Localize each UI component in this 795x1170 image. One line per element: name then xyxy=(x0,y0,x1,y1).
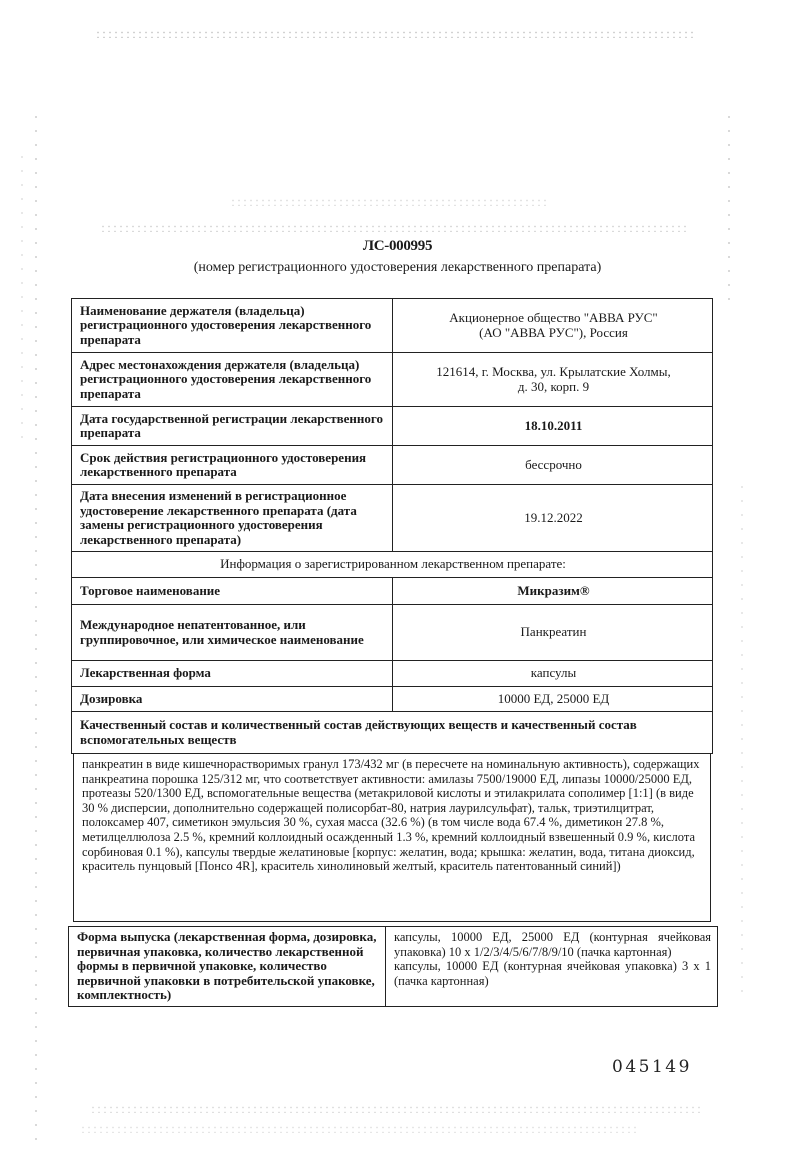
release-form-label: Форма выпуска (лекарственная форма, дози… xyxy=(69,927,386,1007)
scan-noise-header-1 xyxy=(230,198,550,206)
table-row-trade-name: Торговое наименование Микразим® xyxy=(72,578,713,605)
scan-noise-top xyxy=(95,30,695,38)
holder-address-line-2: д. 30, корп. 9 xyxy=(401,380,706,395)
holder-name-line-1: Акционерное общество "АВВА РУС" xyxy=(401,311,706,326)
release-form-value: капсулы, 10000 ЕД, 25000 ЕД (контурная я… xyxy=(386,927,718,1007)
drug-info-header: Информация о зарегистрированном лекарств… xyxy=(72,552,713,578)
registration-date-value: 18.10.2011 xyxy=(393,407,713,446)
composition-header: Качественный состав и количественный сос… xyxy=(72,712,713,754)
scan-noise-right-margin-2 xyxy=(740,480,744,1000)
trade-name-value: Микразим® xyxy=(393,578,713,605)
scan-noise-left-margin-2 xyxy=(20,150,24,450)
dosage-form-value: капсулы xyxy=(393,661,713,687)
change-date-label: Дата внесения изменений в регистрационно… xyxy=(72,485,393,552)
table-row-dosage: Дозировка 10000 ЕД, 25000 ЕД xyxy=(72,687,713,712)
release-form-entry-1: капсулы, 10000 ЕД, 25000 ЕД (контурная я… xyxy=(394,930,711,959)
table-row-info-header: Информация о зарегистрированном лекарств… xyxy=(72,552,713,578)
table-row-release-form: Форма выпуска (лекарственная форма, дози… xyxy=(69,927,718,1007)
dosage-label: Дозировка xyxy=(72,687,393,712)
holder-name-label: Наименование держателя (владельца) регис… xyxy=(72,299,393,353)
table-row-change-date: Дата внесения изменений в регистрационно… xyxy=(72,485,713,552)
table-row-holder-name: Наименование держателя (владельца) регис… xyxy=(72,299,713,353)
inn-value: Панкреатин xyxy=(393,605,713,661)
holder-name-value: Акционерное общество "АВВА РУС" (АО "АВВ… xyxy=(393,299,713,353)
table-row-registration-date: Дата государственной регистрации лекарст… xyxy=(72,407,713,446)
table-row-dosage-form: Лекарственная форма капсулы xyxy=(72,661,713,687)
release-form-entry-2: капсулы, 10000 ЕД (контурная ячейковая у… xyxy=(394,959,711,988)
release-form-table: Форма выпуска (лекарственная форма, дози… xyxy=(68,926,718,1007)
validity-value: бессрочно xyxy=(393,446,713,485)
table-row-holder-address: Адрес местонахождения держателя (владель… xyxy=(72,353,713,407)
scan-noise-bottom xyxy=(90,1105,700,1113)
holder-name-line-2: (АО "АВВА РУС"), Россия xyxy=(401,326,706,341)
registration-date-label: Дата государственной регистрации лекарст… xyxy=(72,407,393,446)
registration-number: ЛС-000995 xyxy=(0,238,795,255)
scan-noise-right-margin xyxy=(727,110,731,310)
inn-label: Международное непатентованное, или групп… xyxy=(72,605,393,661)
holder-address-line-1: 121614, г. Москва, ул. Крылатские Холмы, xyxy=(401,365,706,380)
dosage-form-label: Лекарственная форма xyxy=(72,661,393,687)
change-date-value: 19.12.2022 xyxy=(393,485,713,552)
composition-text: панкреатин в виде кишечнорастворимых гра… xyxy=(73,753,711,922)
serial-number: 045149 xyxy=(612,1057,692,1077)
table-row-validity: Срок действия регистрационного удостовер… xyxy=(72,446,713,485)
dosage-value: 10000 ЕД, 25000 ЕД xyxy=(393,687,713,712)
table-row-composition-header: Качественный состав и количественный сос… xyxy=(72,712,713,754)
holder-address-value: 121614, г. Москва, ул. Крылатские Холмы,… xyxy=(393,353,713,407)
registration-table: Наименование держателя (владельца) регис… xyxy=(71,298,713,754)
scan-noise-bottom-2 xyxy=(80,1125,640,1133)
validity-label: Срок действия регистрационного удостовер… xyxy=(72,446,393,485)
registration-number-caption: (номер регистрационного удостоверения ле… xyxy=(0,260,795,276)
holder-address-label: Адрес местонахождения держателя (владель… xyxy=(72,353,393,407)
table-row-inn: Международное непатентованное, или групп… xyxy=(72,605,713,661)
trade-name-label: Торговое наименование xyxy=(72,578,393,605)
scan-noise-header-2 xyxy=(100,224,690,232)
